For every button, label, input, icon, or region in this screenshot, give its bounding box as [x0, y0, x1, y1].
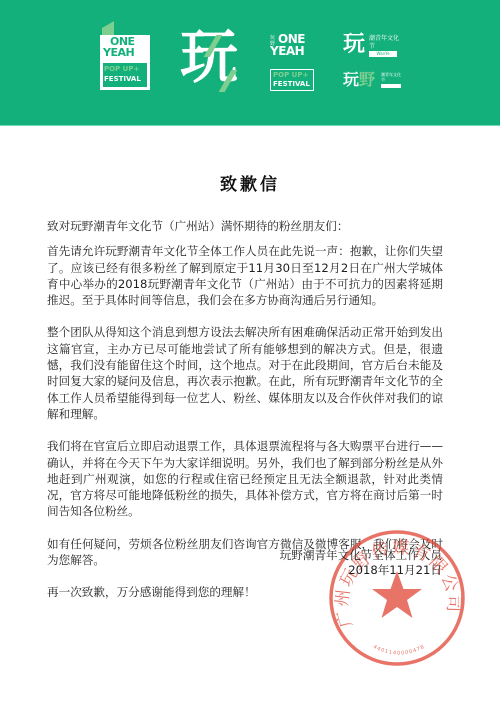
svg-text:4401140000478: 4401140000478 [372, 644, 426, 657]
letter-paragraph: 整个团队从得知这个消息到想方设法去解决所有困难确保活动正常开始到发出这篇官宣，主… [47, 324, 443, 422]
logo-badge [381, 84, 401, 88]
logo-text-yeah: YEAH [270, 45, 304, 57]
logo-badge: WanYe [369, 51, 397, 57]
logo-subtitle: 潮青年文化节 [369, 35, 401, 51]
letter-salutation: 致对玩野潮青年文化节（广州站）满怀期待的粉丝朋友们： [47, 218, 443, 234]
festival-banner: ONE YEAH POP UP+ FESTIVAL 玩 玩野 ONE YEAH … [0, 0, 500, 126]
logo-wordmark-wanye: 玩野 [343, 70, 375, 90]
signature-date: 2018年11月21日 [280, 563, 442, 578]
logo-text-popup: POP UP+ [273, 71, 308, 79]
letter-paragraph: 首先请允许玩野潮青年文化节全体工作人员在此先说一声：抱歉，让你们失望了。应该已经… [47, 243, 443, 308]
signature: 玩野潮青年文化节全体工作人员 [280, 548, 442, 563]
letter-signature-block: 玩野潮青年文化节全体工作人员 2018年11月21日 [280, 548, 442, 578]
logo-text-popup: POP UP+ [104, 65, 139, 73]
wanye-culture-festival-logo: 玩 潮青年文化节 WanYe 玩野 潮青年文化节 [343, 33, 403, 93]
logo-glyph-wan: 玩 [343, 33, 365, 57]
logo-text-yeah: YEAH [103, 48, 134, 58]
logo-text-festival: FESTIVAL [273, 80, 310, 88]
one-yeah-festival-logo: ONE YEAH POP UP+ FESTIVAL [100, 28, 150, 90]
logo-text-festival: FESTIVAL [104, 75, 141, 83]
letter-title: 致歉信 [0, 170, 500, 195]
letter-paragraph: 我们将在官宣后立即启动退票工作，具体退票流程将与各大购票平台进行——确认，并将在… [47, 438, 443, 519]
logo-subtitle: 潮青年文化节 [381, 72, 401, 82]
wanye-one-yeah-logo: 玩野 ONE YEAH POP UP+ FESTIVAL [270, 33, 315, 91]
logo-glyph-ye: 野 [359, 70, 375, 89]
logo-glyph-wan: 玩 [343, 70, 359, 89]
wan-glyph-logo: 玩 [180, 30, 242, 92]
